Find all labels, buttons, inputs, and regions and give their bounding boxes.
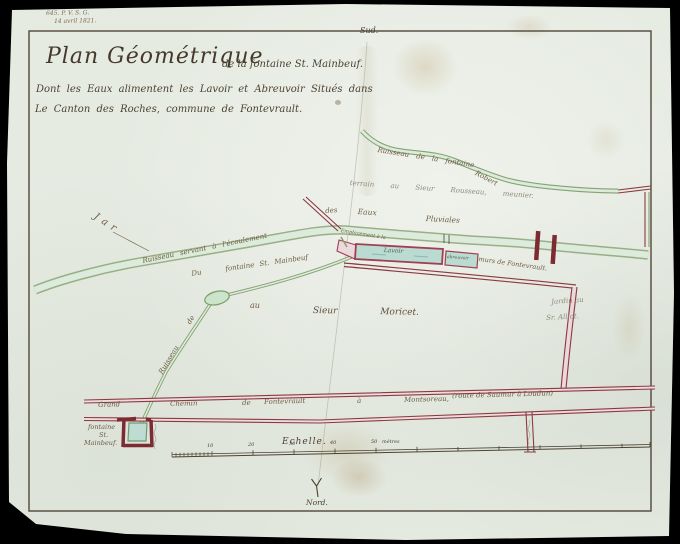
fountain-enclosure: [117, 418, 156, 449]
road-word-de: de: [242, 400, 251, 407]
label-lavoir: Lavoir: [384, 248, 404, 255]
label-field-owner: Sieur Moricet.: [313, 307, 419, 318]
label-fountain-line2: St.: [99, 432, 108, 439]
label-fountain-line1: fontaine: [88, 424, 115, 431]
branch-lane: [524, 412, 536, 452]
road-word-grand: Grand: [98, 401, 120, 409]
map-title-line3: Le Canton des Roches, commune de Fontevr…: [35, 105, 302, 115]
scale-tick-30: 30: [289, 442, 295, 447]
north-arrow: [312, 478, 322, 497]
map-title-suffix: de la fontaine St. Mainbeuf.: [222, 60, 363, 70]
road-word-chemin: Chemin: [170, 400, 198, 408]
jar-leader-line: [113, 232, 149, 251]
label-au: au: [250, 302, 260, 310]
compass-north-label: Nord.: [306, 499, 328, 507]
scale-unit: mètres: [382, 440, 400, 445]
road-word-a: à: [357, 398, 361, 405]
pond: [203, 289, 230, 308]
scale-tick-50: 50: [371, 440, 377, 445]
scanned-map: 645. P. V. S. G. 14 avril 1821. Plan Géo…: [0, 0, 680, 544]
compass-south-label: Sud.: [360, 27, 378, 35]
label-eaux: Eaux: [357, 208, 376, 217]
road-word-montsoreau: Montsoreau,: [404, 396, 449, 404]
fountain-pool: [128, 423, 147, 441]
scale-tick-10: 10: [207, 444, 213, 449]
label-des: des: [325, 207, 338, 215]
corner-note-line2: 14 avril 1821.: [54, 18, 96, 25]
map-title-line2: Dont les Eaux alimentent les Lavoir et A…: [36, 85, 373, 95]
label-pluviales: Pluviales: [426, 215, 460, 224]
map-drawing: [0, 0, 680, 544]
corner-note-line1: 645. P. V. S. G.: [46, 10, 89, 17]
inlet-structure: [337, 240, 356, 259]
scale-tick-40: 40: [330, 441, 336, 446]
road-word-fontevrault: Fontevrault: [264, 398, 305, 406]
road-grand-chemin: [84, 386, 655, 452]
label-fountain-line3: Mainbeuf.: [84, 440, 117, 447]
scale-tick-20: 20: [248, 443, 254, 448]
walls-and-right-road: [344, 263, 577, 389]
scale-bar: [172, 442, 650, 457]
